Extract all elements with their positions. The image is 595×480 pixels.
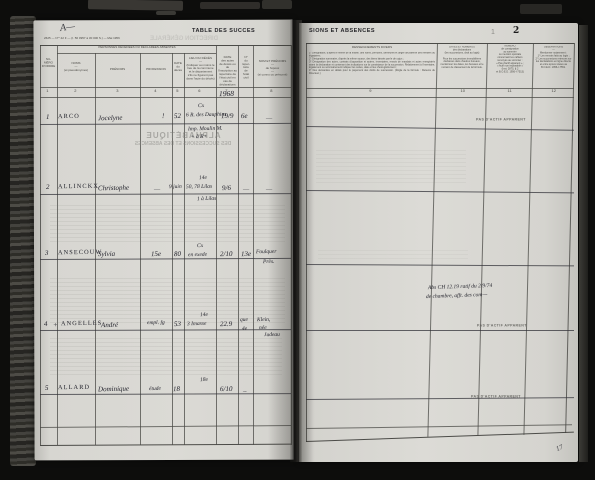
group-header: PERSONNES DÉCÉDÉES OU DÉCLARÉES ABSENTES <box>57 46 217 49</box>
entry-surname: ALLINCKX <box>58 183 99 190</box>
entry-spouse-extra: née <box>259 325 267 331</box>
col-header-profession: PROFESSION <box>142 68 170 75</box>
entry-repertoire: que <box>240 317 248 323</box>
entry-profession: ! <box>162 112 165 120</box>
numbers-separator <box>306 97 574 98</box>
paper-debris <box>200 2 260 9</box>
entry-act-date: 6/10 <box>220 385 233 393</box>
entry-place: 3 Imasse <box>187 321 207 327</box>
col-number: 3 <box>116 89 118 94</box>
col-header-ordre-text: NU- MÉRO D'ORDRE <box>41 58 56 68</box>
entry-place-extra: + à R+ <box>191 134 207 140</box>
entry-surname: ALLARD <box>58 384 90 391</box>
col-number: 2 <box>74 89 76 94</box>
col-number: 4 <box>154 89 156 94</box>
col-numero: NUMÉRO de consignation au sommier ou men… <box>489 45 531 74</box>
faint-mark: 1 <box>491 29 495 36</box>
entry-number: 1 <box>46 113 50 121</box>
entry-place-district: Cx <box>198 103 204 109</box>
entry-firstname: Sylvia <box>98 250 115 258</box>
paper-debris <box>88 0 183 11</box>
entry-place: en exede <box>188 252 207 258</box>
page-number: 2 <box>513 26 519 36</box>
col-number: 11 <box>508 89 512 94</box>
entry-place: 50, 78 Lilas <box>186 184 212 191</box>
paper-debris <box>262 0 292 9</box>
entry-date: 52 <box>174 112 181 120</box>
entry-number: 4 <box>44 320 48 328</box>
entry-firstname: Dominique <box>98 385 129 394</box>
group-header-underline <box>57 53 216 54</box>
gutter-shadow-left <box>268 20 293 460</box>
entry-place-extra: 1 à Lilas <box>197 196 216 202</box>
col-header-date-deces-text: DATE du décès <box>172 62 184 72</box>
table-border-left <box>40 45 41 445</box>
entry-repertoire: 6e <box>241 112 248 120</box>
entry-firstname: Jocelyne <box>98 114 123 123</box>
entry-number: 2 <box>46 183 50 191</box>
no-assets-stamp: PAS D'ACTIF APPARENT <box>477 324 527 328</box>
group-header-wrap: PERSONNES DÉCÉDÉES OU DÉCLARÉES ABSENTES <box>57 46 217 53</box>
entry-number: 5 <box>45 384 49 392</box>
col-header-ordre: NU- MÉRO D'ORDRE <box>41 58 56 78</box>
entry-act-date: 2/10 <box>220 250 233 258</box>
col-header-date-deces: DATE du décès <box>172 62 184 82</box>
col-divers-body: 1° Désignation, d'après le relevé de la … <box>309 52 435 76</box>
header-separator <box>306 88 574 89</box>
col-header-renvoi-text: N° du réper- toire de l'état civil <box>240 56 252 80</box>
right-title-fragment: SIONS ET ABSENCES <box>309 28 375 34</box>
bleed-through-texture <box>50 205 285 243</box>
column-line <box>238 45 239 445</box>
col-header-noms: NOMS — (et pseudonymes) <box>59 62 93 82</box>
bleed-through-text: DIRECTION GÉNÉRALE <box>150 36 218 42</box>
col-header-prenoms: PRÉNOMS <box>97 68 138 75</box>
year-note: 1968 <box>219 89 234 98</box>
entry-profession: étude <box>149 386 161 392</box>
entry-act-date: 9/6 <box>222 184 231 192</box>
entry-place-district: 14e <box>200 312 208 318</box>
entry-profession: 15e <box>151 250 161 258</box>
scanned-register-spread: A— 2625 — N°ˢ 42 F — (I. 56 0957 à 30 00… <box>0 0 595 480</box>
bleed-through-texture <box>50 278 285 324</box>
col-observations-wrap: OBSERVATIONS — Mentionner notamment : 1°… <box>535 46 572 86</box>
col-dates: DATES ET NUMÉROS des déclarations (les s… <box>439 46 485 70</box>
bleed-through-text: DES SUCCESSIONS ET DES ABSENCES <box>95 141 271 147</box>
no-assets-stamp: PAS D'ACTIF APPARENT <box>471 395 521 399</box>
bleed-through-texture <box>50 338 282 378</box>
entry-profession: — <box>154 185 160 193</box>
col-number: 12 <box>552 89 556 94</box>
entry-firstname: Christophe <box>98 184 129 193</box>
col-number: 9 <box>369 89 371 94</box>
entry-act-date: 19/9 <box>221 112 234 120</box>
col-header-profession-text: PROFESSION <box>142 68 170 71</box>
header-separator <box>40 87 291 88</box>
col-header-date-actes-text: DATE des actes de décès ou de l'inscript… <box>218 56 237 87</box>
left-title-fragment: TABLE DES SUCCES <box>192 28 255 34</box>
paper-debris <box>520 4 562 14</box>
col-number: 5 <box>176 89 178 94</box>
entry-date: 18 <box>173 385 180 393</box>
no-assets-stamp: PAS D'ACTIF APPARENT <box>476 118 526 122</box>
column-line <box>216 45 217 445</box>
entry-firstname: André <box>101 321 118 329</box>
col-numero-wrap: NUMÉRO de consignation au sommier ou men… <box>489 45 531 86</box>
col-number: 1 <box>46 89 48 94</box>
entry-date: 80 <box>174 250 181 258</box>
entry-repertoire-extra: 4e <box>242 326 247 332</box>
column-line <box>140 53 141 445</box>
entry-place-district: 18e <box>200 377 208 383</box>
entry-profession: empl. fg <box>147 320 165 326</box>
entry-repertoire: – <box>243 387 247 395</box>
col-number: 10 <box>461 89 465 94</box>
book-cover-edge-right <box>579 25 588 462</box>
entry-place-district: Cx <box>197 243 203 249</box>
col-header-lieu-text: LIEU DU DÉCÈS — (Indiquer au moins le li… <box>186 57 215 81</box>
bleed-through-texture <box>318 250 468 262</box>
col-number: 6 <box>198 89 200 94</box>
book-page-edges-left <box>10 16 36 466</box>
entry-surname: ANGELLES <box>61 320 102 327</box>
col-header-prenoms-text: PRÉNOMS <box>97 68 138 71</box>
entry-repertoire: 13e <box>241 250 251 258</box>
entry-place-district: 14e <box>199 175 207 181</box>
paper-debris <box>156 11 176 15</box>
entry-place-extra: Imp. Moulin M. <box>188 126 223 133</box>
column-line <box>184 53 185 445</box>
col-observations: OBSERVATIONS — Mentionner notamment : 1°… <box>535 46 572 70</box>
entry-number: 3 <box>45 249 49 257</box>
entry-plus-mark: + <box>53 321 58 329</box>
bleed-through-texture <box>316 150 466 184</box>
entry-surname: ARCO <box>58 113 80 120</box>
col-header-noms-text: NOMS — (et pseudonymes) <box>59 62 93 72</box>
gutter-shadow-right <box>299 23 315 462</box>
entry-repertoire: — <box>243 185 249 193</box>
col-divers-title: RENSEIGNEMENTS DIVERS <box>309 46 435 49</box>
numbers-separator <box>40 97 291 98</box>
corner-letter-mark: A— <box>59 21 75 34</box>
entry-surname: ANSECOUW <box>58 249 103 256</box>
col-dates-wrap: DATES ET NUMÉROS des déclarations (les s… <box>439 46 485 86</box>
entry-date: 53 <box>174 320 181 328</box>
entry-act-date: 22.9 <box>220 320 232 328</box>
bleed-through-text: ALPHABÉTIQUE <box>103 131 263 140</box>
col-divers-body-wrap: 1° Désignation, d'après le relevé de la … <box>309 52 435 86</box>
column-line <box>253 45 254 445</box>
entry-date: 9 juin <box>169 184 182 190</box>
entry-rule <box>306 330 574 331</box>
